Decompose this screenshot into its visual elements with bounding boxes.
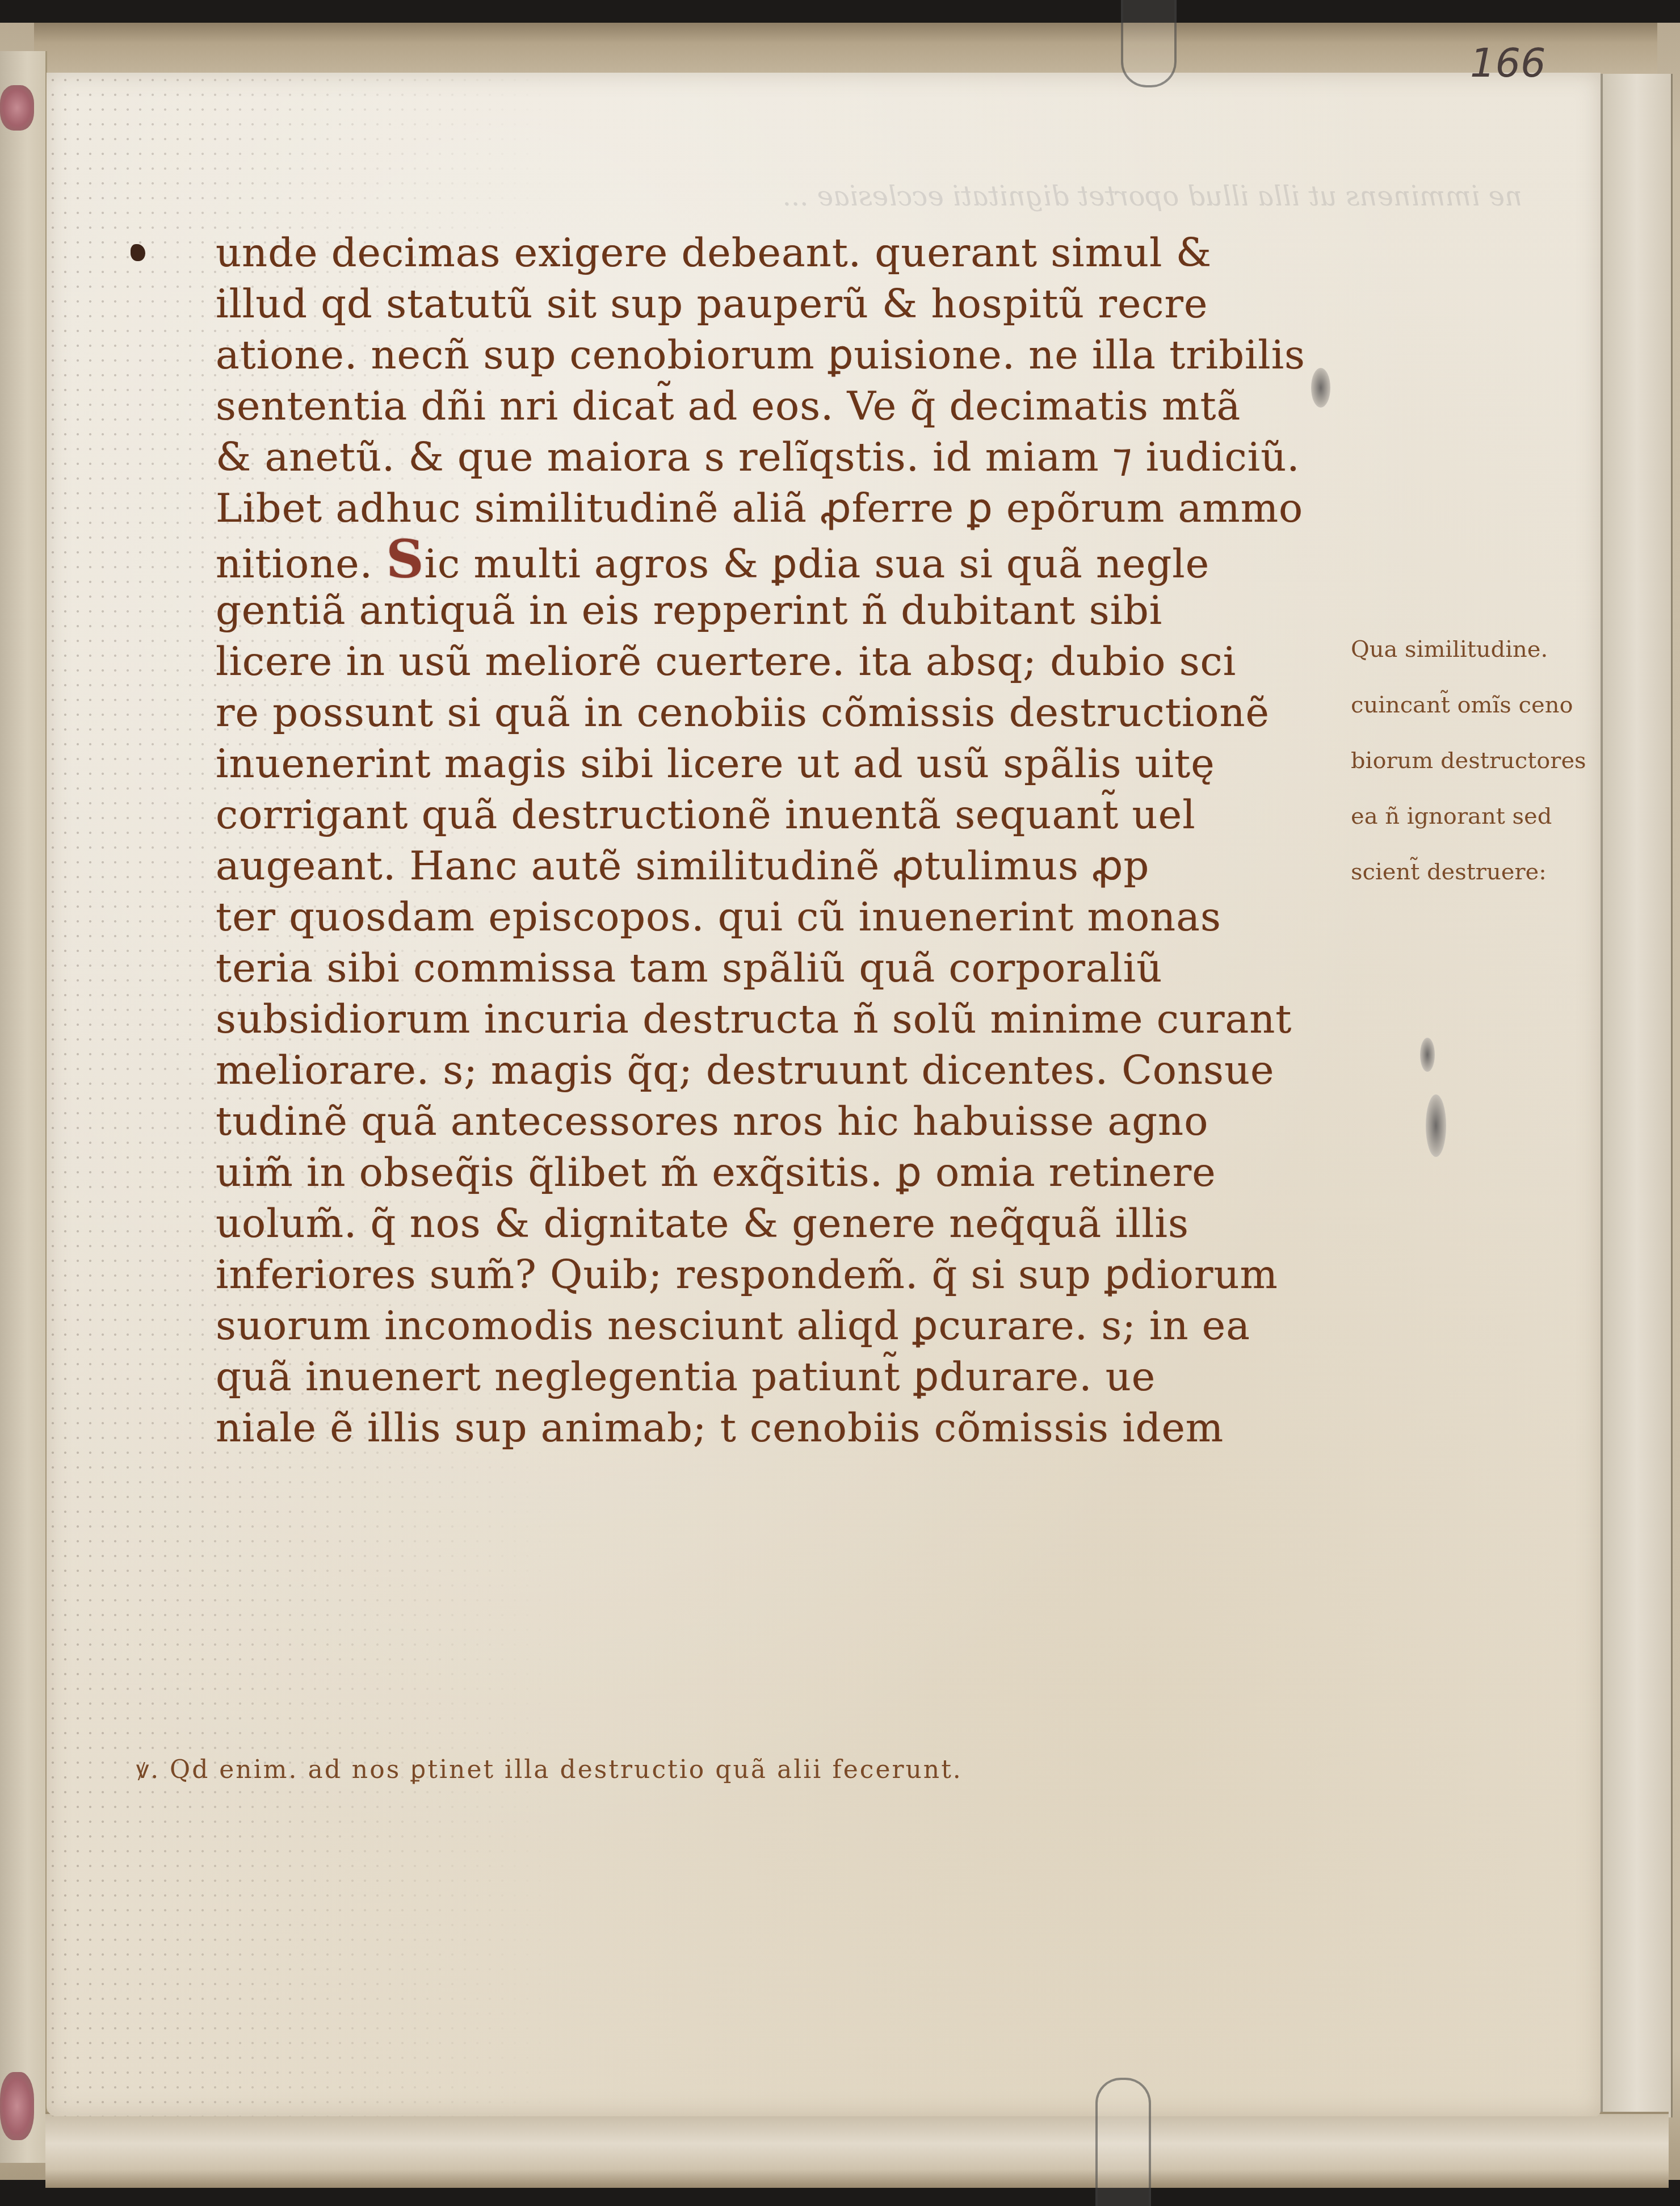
binding-bottom-edge — [45, 2112, 1669, 2188]
text-line: quã inuenert neglegentia patiunt̃ ꝑdurar… — [216, 1351, 1328, 1402]
folio-number: 166 — [1470, 40, 1546, 86]
bottom-margin-gloss: ꝟ. Qd enim. ad nos ꝑtinet illa destructi… — [136, 1751, 1328, 1785]
text-line: augeant. Hanc autẽ similitudinẽ ꝓtulimus… — [216, 840, 1328, 891]
text-segment: ic multi agros & ꝑdia sua si quã negle — [425, 540, 1210, 587]
page-fold-edge — [1601, 74, 1673, 2117]
gloss-line: biorum destructores — [1351, 733, 1601, 789]
text-line: unde decimas exigere debeant. querant si… — [216, 227, 1328, 278]
text-line: & anetũ. & que maiora s relĩqstis. id mi… — [216, 431, 1328, 483]
text-line: subsidiorum incuria destructa ñ solũ min… — [216, 993, 1328, 1045]
text-line: Libet adhuc similitudinẽ aliã ꝓferre ꝑ e… — [216, 483, 1328, 534]
main-text-block: unde decimas exigere debeant. querant si… — [216, 227, 1328, 1453]
text-line: atione. necñ sup cenobiorum ꝑuisione. ne… — [216, 329, 1328, 380]
paragraph-mark-icon — [131, 244, 145, 261]
text-line: illud qd statutũ sit sup pauperũ & hospi… — [216, 278, 1328, 329]
text-line: tudinẽ quã antecessores nros hic habuiss… — [216, 1096, 1328, 1147]
parchment-hole — [1420, 1038, 1435, 1072]
text-segment: nitione. — [216, 540, 386, 587]
show-through-text: ne imminens ut illa illud oportet dignit… — [160, 181, 1522, 215]
binding-thread-top — [0, 85, 34, 131]
text-line: teria sibi commissa tam spãliũ quã corpo… — [216, 942, 1328, 993]
gloss-line: ea ñ ignorant sed — [1351, 789, 1601, 844]
text-line: suorum incomodis nesciunt aliqd ꝑcurare.… — [216, 1300, 1328, 1351]
decorated-initial: S — [386, 529, 424, 590]
text-line: niale ẽ illis sup animab; t cenobiis cõm… — [216, 1402, 1328, 1453]
text-line: inuenerint magis sibi licere ut ad usũ s… — [216, 738, 1328, 789]
binding-top-edge — [34, 23, 1657, 76]
gloss-line: Qua similitudine. — [1351, 622, 1601, 677]
text-line: re possunt si quã in cenobiis cõmissis d… — [216, 687, 1328, 738]
text-line: sententia dñi nri dicat̃ ad eos. Ve q̃ d… — [216, 380, 1328, 431]
glass-clip-bottom — [1095, 2078, 1151, 2206]
marginal-gloss: Qua similitudine. cuincant̃ omĩs ceno bi… — [1351, 622, 1601, 900]
text-line: uim̃ in obseq̃is q̃libet m̃ exq̃sitis. ꝑ… — [216, 1147, 1328, 1198]
gloss-line: scient̃ destruere: — [1351, 844, 1601, 900]
text-line: meliorare. s; magis q̃q; destruunt dicen… — [216, 1045, 1328, 1096]
text-line: licere in usũ meliorẽ cuertere. ita absq… — [216, 636, 1328, 687]
binding-spine — [0, 51, 47, 2163]
binding-thread-bottom — [0, 2072, 34, 2140]
gloss-line: cuincant̃ omĩs ceno — [1351, 677, 1601, 733]
text-line: uolum̃. q̃ nos & dignitate & genere neq̃… — [216, 1198, 1328, 1249]
parchment-hole — [1426, 1094, 1446, 1157]
text-line: corrigant quã destructionẽ inuentã sequa… — [216, 789, 1328, 840]
text-line: gentiã antiquã in eis repperint ñ dubita… — [216, 585, 1328, 636]
glass-clip-top — [1121, 0, 1177, 87]
text-line: inferiores sum̃? Quib; respondem̃. q̃ si… — [216, 1249, 1328, 1300]
text-line: ter quosdam episcopos. qui cũ inuenerint… — [216, 891, 1328, 942]
text-line-with-initial: nitione. Sic multi agros & ꝑdia sua si q… — [216, 534, 1328, 585]
